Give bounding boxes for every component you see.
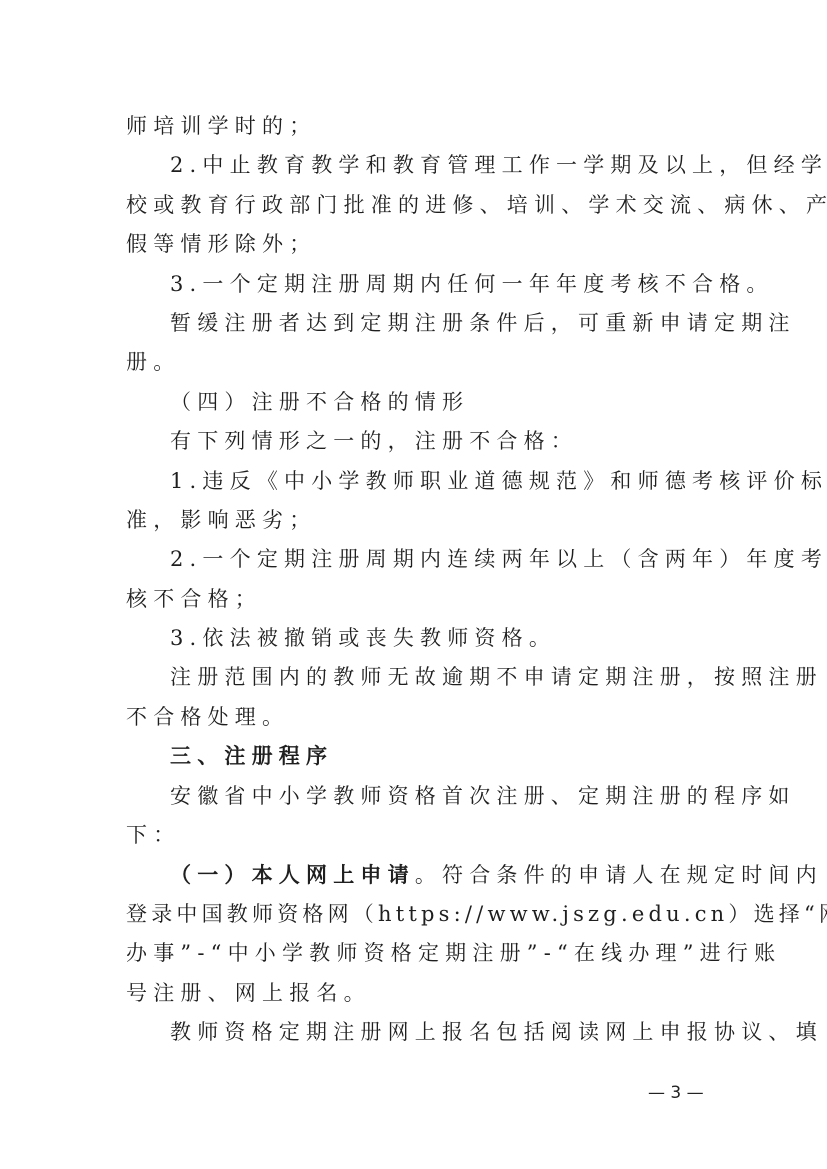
page-number: — 3 — bbox=[648, 1083, 704, 1103]
list-item-2: 2.一个定期注册周期内连续两年以上（含两年）年度考 bbox=[126, 540, 702, 579]
document-body: 师培训学时的； 2.中止教育教学和教育管理工作一学期及以上，但经学 校或教育行政… bbox=[126, 107, 702, 1052]
text-line: 下： bbox=[126, 816, 702, 855]
section-heading: 三、注册程序 bbox=[126, 737, 702, 776]
inline-text: 。符合条件的申请人在规定时间内 bbox=[415, 863, 823, 887]
list-item-1: 1.违反《中小学教师职业道德规范》和师德考核评价标 bbox=[126, 462, 702, 501]
inline-heading: （一）本人网上申请 bbox=[170, 862, 415, 887]
list-item-3: 3.依法被撤销或丧失教师资格。 bbox=[126, 619, 702, 658]
text-line: 登录中国教师资格网（https://www.jszg.edu.cn）选择“网上 bbox=[126, 895, 702, 934]
text-line: 准，影响恶劣； bbox=[126, 501, 702, 540]
list-item-3: 3.一个定期注册周期内任何一年年度考核不合格。 bbox=[126, 265, 702, 304]
text-line: 号注册、网上报名。 bbox=[126, 974, 702, 1013]
text-line: 师培训学时的； bbox=[126, 107, 702, 146]
subsection-heading: （四）注册不合格的情形 bbox=[126, 383, 702, 422]
paragraph-line: 教师资格定期注册网上报名包括阅读网上申报协议、填 bbox=[126, 1013, 702, 1052]
text-line: 核不合格； bbox=[126, 580, 702, 619]
paragraph-line: 注册范围内的教师无故逾期不申请定期注册，按照注册 bbox=[126, 658, 702, 697]
text-line: 办事”-“中小学教师资格定期注册”-“在线办理”进行账 bbox=[126, 934, 702, 973]
paragraph-line: 安徽省中小学教师资格首次注册、定期注册的程序如 bbox=[126, 777, 702, 816]
text-line: 校或教育行政部门批准的进修、培训、学术交流、病休、产 bbox=[126, 186, 702, 225]
text-line: 不合格处理。 bbox=[126, 698, 702, 737]
paragraph-line: 有下列情形之一的，注册不合格： bbox=[126, 422, 702, 461]
paragraph-line: （一）本人网上申请。符合条件的申请人在规定时间内 bbox=[126, 855, 702, 894]
paragraph-line: 暂缓注册者达到定期注册条件后，可重新申请定期注 bbox=[126, 304, 702, 343]
list-item-2: 2.中止教育教学和教育管理工作一学期及以上，但经学 bbox=[126, 146, 702, 185]
text-line: 册。 bbox=[126, 343, 702, 382]
text-line: 假等情形除外； bbox=[126, 225, 702, 264]
